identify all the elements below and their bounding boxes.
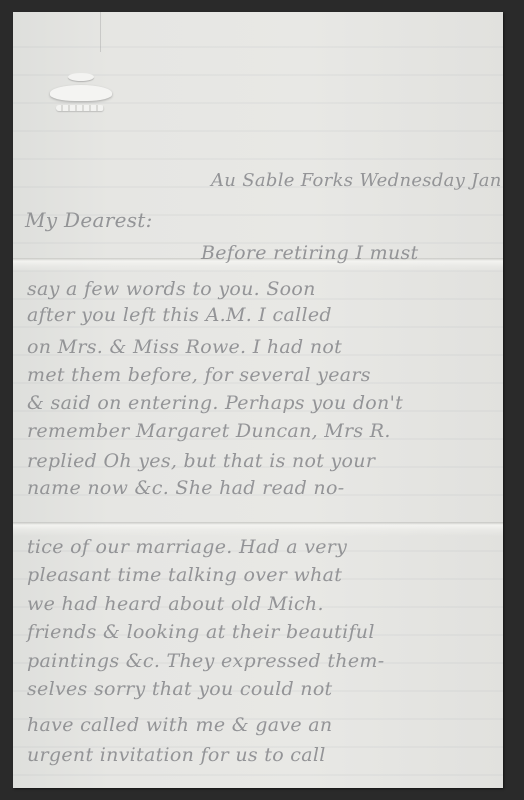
fold-line-lower xyxy=(13,522,503,536)
letter-place-date: Au Sable Forks Wednesday Jan 9th xyxy=(211,172,503,190)
letter-body-line: replied Oh yes, but that is not your xyxy=(27,452,375,471)
letter-body-line: we had heard about old Mich. xyxy=(27,595,324,614)
emboss-cloud-main xyxy=(50,85,112,101)
emboss-cloud-base xyxy=(56,105,104,111)
letter-body-line: say a few words to you. Soon xyxy=(27,280,316,299)
letter-body-line: Before retiring I must xyxy=(201,244,418,263)
letter-body-line: on Mrs. & Miss Rowe. I had not xyxy=(27,338,342,357)
letter-body-line: met them before, for several years xyxy=(27,366,371,385)
letter-body-line: name now &c. She had read no- xyxy=(27,479,344,498)
letter-paper: Au Sable Forks Wednesday Jan 9th My Dear… xyxy=(13,12,503,788)
embossed-stamp-icon xyxy=(46,65,116,125)
letter-body-line: paintings &c. They expressed them- xyxy=(27,652,384,671)
letter-body-line: selves sorry that you could not xyxy=(27,680,333,699)
letter-body-line: urgent invitation for us to call xyxy=(27,746,326,765)
letter-body-line: & said on entering. Perhaps you don't xyxy=(27,394,403,413)
letter-body-line: have called with me & gave an xyxy=(27,716,332,735)
letter-body-line: friends & looking at their beautiful xyxy=(27,623,375,642)
letter-body-line: pleasant time talking over what xyxy=(27,566,342,585)
emboss-cloud-top xyxy=(68,73,94,81)
letter-body-line: after you left this A.M. I called xyxy=(27,306,332,325)
scanned-letter-page: Au Sable Forks Wednesday Jan 9th My Dear… xyxy=(0,0,524,800)
paper-crease xyxy=(100,12,101,52)
letter-body-line: remember Margaret Duncan, Mrs R. xyxy=(27,422,391,441)
letter-salutation: My Dearest: xyxy=(25,210,153,230)
letter-body-line: tice of our marriage. Had a very xyxy=(27,538,347,557)
